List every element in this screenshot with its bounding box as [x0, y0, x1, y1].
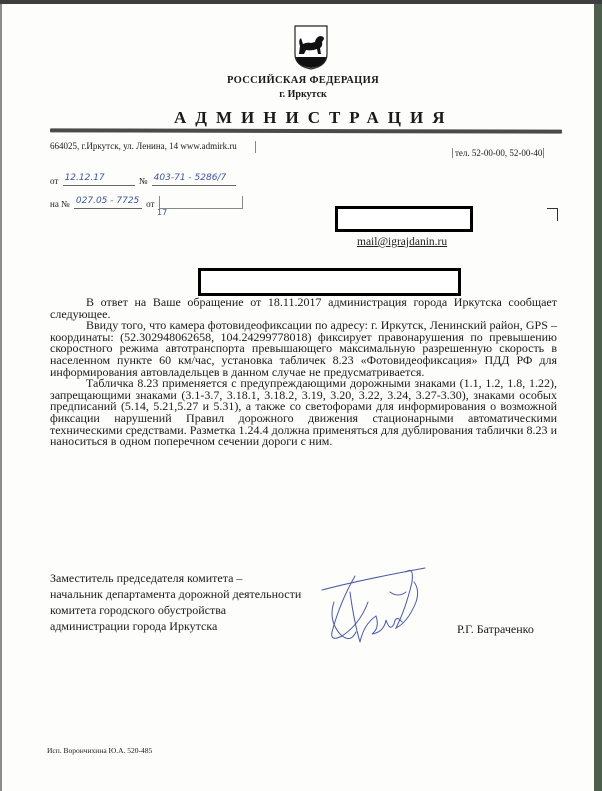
letterhead-city: г. Иркутск	[2, 89, 602, 100]
handwritten-signature-icon	[320, 562, 430, 652]
reference-date-label: от	[146, 199, 154, 209]
reference-suffix: 17	[157, 208, 167, 217]
letterhead-address: 664025, г.Иркутск, ул. Ленина, 14 www.ad…	[50, 141, 256, 153]
number-label: №	[139, 176, 148, 186]
letterhead-title: АДМИНИСТРАЦИЯ	[174, 108, 454, 128]
body-paragraph: Ввиду того, что камера фотовидеофиксации…	[50, 320, 557, 378]
redacted-salutation	[198, 268, 461, 296]
address-text: 664025, г.Иркутск, ул. Ленина, 14 www.ad…	[50, 141, 237, 151]
redacted-recipient-name	[335, 206, 473, 232]
letterhead-country: РОССИЙСКАЯ ФЕДЕРАЦИЯ	[2, 75, 602, 86]
reference-field: 027.05 - 7725	[74, 196, 142, 209]
date-field: 12.12.17	[63, 173, 135, 186]
letter-body: В ответ на Ваше обращение от 18.11.2017 …	[50, 297, 557, 448]
position-line: комитета городского обустройства	[50, 602, 301, 618]
signatory-name: Р.Г. Батраченко	[457, 622, 534, 637]
irkutsk-coat-of-arms-icon	[293, 24, 329, 70]
letterhead-phone: тел. 52-00-00, 52-00-40	[452, 148, 544, 158]
signatory-position: Заместитель председателя комитета – нача…	[50, 570, 301, 634]
reference-date-field	[159, 196, 243, 209]
number-field: 403-71 - 5286/7	[152, 173, 236, 186]
registration-row-reference: на № 027.05 - 7725 от	[50, 196, 243, 209]
letter-page: РОССИЙСКАЯ ФЕДЕРАЦИЯ г. Иркутск АДМИНИСТ…	[0, 4, 594, 791]
position-line: Заместитель председателя комитета –	[50, 570, 301, 586]
body-paragraph: В ответ на Ваше обращение от 18.11.2017 …	[50, 297, 557, 320]
body-paragraph: Табличка 8.23 применяется с предупреждаю…	[50, 378, 557, 448]
letterhead-divider	[50, 128, 562, 133]
address-separator	[255, 141, 256, 153]
recipient-email: mail@igrajdanin.ru	[357, 236, 447, 248]
reference-label: на №	[50, 199, 70, 209]
address-corner-mark	[547, 208, 558, 221]
registration-row-outgoing: от 12.12.17 № 403-71 - 5286/7	[50, 173, 236, 186]
date-label: от	[50, 176, 58, 186]
position-line: начальник департамента дорожной деятельн…	[50, 586, 301, 602]
position-line: администрации города Иркутска	[50, 618, 301, 634]
executor-note: Исп. Ворончихина Ю.А. 520-485	[47, 746, 152, 755]
